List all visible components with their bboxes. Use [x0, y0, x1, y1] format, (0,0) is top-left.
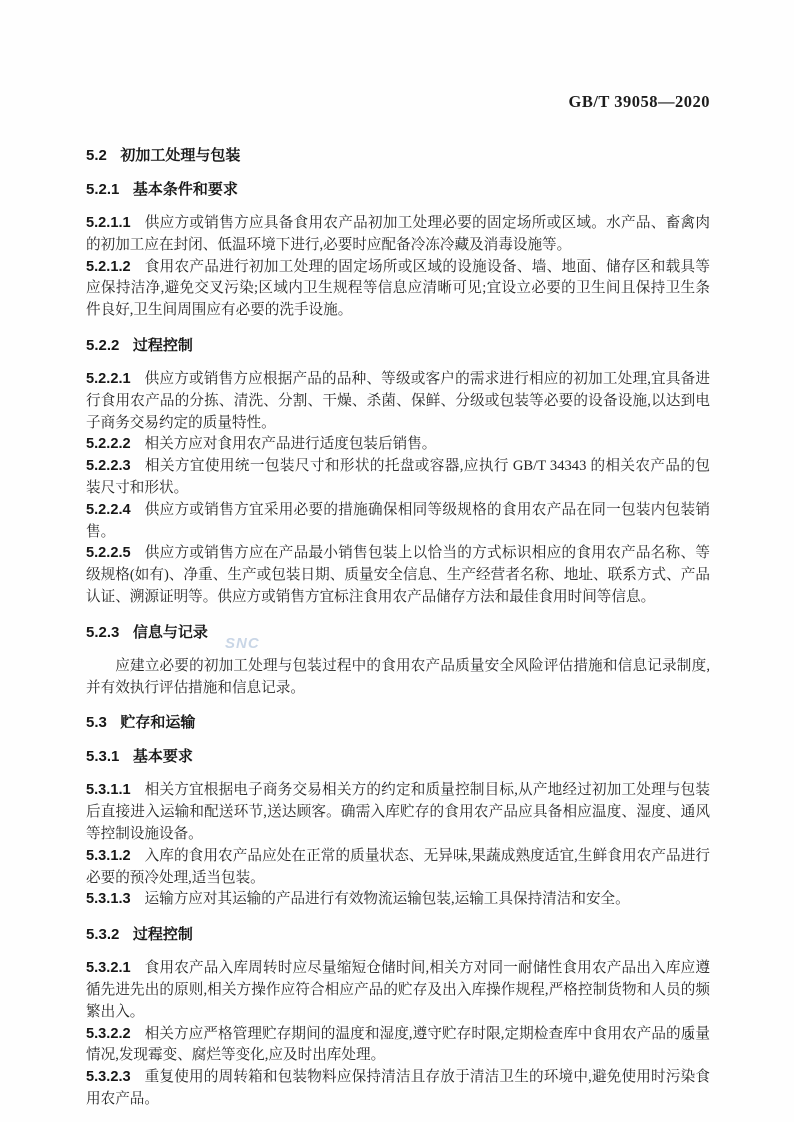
- clause-text: 相关方宜根据电子商务交易相关方的约定和质量控制目标,从产地经过初加工处理与包装后…: [86, 782, 710, 842]
- section-heading-5-3-1: 5.3.1基本要求: [86, 747, 710, 767]
- clause-number: 5.2.2.1: [86, 371, 131, 387]
- clause-number: 5.3.2.3: [86, 1069, 131, 1085]
- clause-number: 5.2.1.2: [86, 259, 131, 275]
- clause-5-2-2-1: 5.2.2.1供应方或销售方应根据产品的品种、等级或客户的需求进行相应的初加工处…: [86, 369, 710, 434]
- section-number: 5.2: [86, 147, 107, 164]
- page-content: 5.2初加工处理与包装 5.2.1基本条件和要求 5.2.1.1供应方或销售方应…: [86, 146, 710, 1111]
- section-title: 基本条件和要求: [133, 181, 238, 198]
- clause-5-3-2-2: 5.3.2.2相关方应严格管理贮存期间的温度和湿度,遵守贮存时限,定期检查库中食…: [86, 1024, 710, 1068]
- clause-number: 5.2.2.2: [86, 436, 131, 452]
- clause-text: 相关方宜使用统一包装尺寸和形状的托盘或容器,应执行 GB/T 34343 的相关…: [86, 458, 710, 496]
- section-number: 5.2.2: [86, 337, 119, 354]
- clause-text: 相关方应对食用农产品进行适度包装后销售。: [145, 436, 437, 452]
- clause-5-3-1-1: 5.3.1.1相关方宜根据电子商务交易相关方的约定和质量控制目标,从产地经过初加…: [86, 780, 710, 845]
- clause-5-2-2-5: 5.2.2.5供应方或销售方应在产品最小销售包装上以恰当的方式标识相应的食用农产…: [86, 543, 710, 608]
- section-number: 5.3.1: [86, 748, 119, 765]
- clause-text: 供应方或销售方宜采用必要的措施确保相同等级规格的食用农产品在同一包装内包装销售。: [86, 502, 710, 540]
- clause-text: 入库的食用农产品应处在正常的质量状态、无异味,果蔬成熟度适宜,生鲜食用农产品进行…: [86, 848, 710, 886]
- section-title: 过程控制: [133, 926, 193, 943]
- clause-5-2-2-2: 5.2.2.2相关方应对食用农产品进行适度包装后销售。: [86, 434, 710, 456]
- section-title: 过程控制: [133, 337, 193, 354]
- clause-5-3-1-3: 5.3.1.3运输方应对其运输的产品进行有效物流运输包装,运输工具保持清洁和安全…: [86, 889, 710, 911]
- clause-5-2-2-4: 5.2.2.4供应方或销售方宜采用必要的措施确保相同等级规格的食用农产品在同一包…: [86, 500, 710, 544]
- clause-5-2-2-3: 5.2.2.3相关方宜使用统一包装尺寸和形状的托盘或容器,应执行 GB/T 34…: [86, 456, 710, 500]
- section-number: 5.2.3: [86, 624, 119, 641]
- section-title: 初加工处理与包装: [120, 147, 240, 164]
- clause-number: 5.3.2.1: [86, 960, 131, 976]
- clause-number: 5.3.1.1: [86, 782, 131, 798]
- clause-text: 相关方应严格管理贮存期间的温度和湿度,遵守贮存时限,定期检查库中食用农产品的质量…: [86, 1026, 710, 1064]
- section-heading-5-2-1: 5.2.1基本条件和要求: [86, 180, 710, 200]
- clause-text: 运输方应对其运输的产品进行有效物流运输包装,运输工具保持清洁和安全。: [145, 891, 630, 907]
- paragraph-5-2-3: 应建立必要的初加工处理与包装过程中的食用农产品质量安全风险评估措施和信息记录制度…: [86, 656, 710, 700]
- section-heading-5-2: 5.2初加工处理与包装: [86, 146, 710, 166]
- section-title: 贮存和运输: [120, 714, 195, 731]
- section-number: 5.3: [86, 714, 107, 731]
- section-number: 5.3.2: [86, 926, 119, 943]
- clause-5-3-2-1: 5.3.2.1食用农产品入库周转时应尽量缩短仓储时间,相关方对同一耐储性食用农产…: [86, 958, 710, 1023]
- clause-number: 5.2.2.4: [86, 502, 131, 518]
- document-page: GB/T 39058—2020 5.2初加工处理与包装 5.2.1基本条件和要求…: [0, 0, 794, 1122]
- section-heading-5-3-2: 5.3.2过程控制: [86, 925, 710, 945]
- clause-5-3-1-2: 5.3.1.2入库的食用农产品应处在正常的质量状态、无异味,果蔬成熟度适宜,生鲜…: [86, 846, 710, 890]
- section-heading-5-3: 5.3贮存和运输: [86, 713, 710, 733]
- clause-number: 5.2.1.1: [86, 215, 131, 231]
- clause-number: 5.2.2.3: [86, 458, 131, 474]
- clause-5-2-1-1: 5.2.1.1供应方或销售方应具备食用农产品初加工处理必要的固定场所或区域。水产…: [86, 213, 710, 257]
- clause-text: 食用农产品进行初加工处理的固定场所或区域的设施设备、墙、地面、储存区和载具等应保…: [86, 259, 710, 319]
- clause-text: 供应方或销售方应在产品最小销售包装上以恰当的方式标识相应的食用农产品名称、等级规…: [86, 545, 710, 605]
- clause-number: 5.3.1.2: [86, 848, 131, 864]
- clause-text: 重复使用的周转箱和包装物料应保持清洁且存放于清洁卫生的环境中,避免使用时污染食用…: [86, 1069, 710, 1107]
- clause-number: 5.2.2.5: [86, 545, 131, 561]
- clause-5-3-2-3: 5.3.2.3重复使用的周转箱和包装物料应保持清洁且存放于清洁卫生的环境中,避免…: [86, 1067, 710, 1111]
- clause-5-2-1-2: 5.2.1.2食用农产品进行初加工处理的固定场所或区域的设施设备、墙、地面、储存…: [86, 257, 710, 322]
- clause-text: 供应方或销售方应根据产品的品种、等级或客户的需求进行相应的初加工处理,宜具备进行…: [86, 371, 710, 431]
- standard-number-header: GB/T 39058—2020: [86, 92, 710, 112]
- section-heading-5-2-2: 5.2.2过程控制: [86, 336, 710, 356]
- clause-text: 供应方或销售方应具备食用农产品初加工处理必要的固定场所或区域。水产品、畜禽肉的初…: [86, 215, 710, 253]
- clause-number: 5.3.1.3: [86, 891, 131, 907]
- section-number: 5.2.1: [86, 181, 119, 198]
- clause-number: 5.3.2.2: [86, 1026, 131, 1042]
- section-title: 信息与记录: [133, 624, 208, 641]
- section-title: 基本要求: [133, 748, 193, 765]
- section-heading-5-2-3: 5.2.3信息与记录: [86, 623, 710, 643]
- page-number: 3: [685, 1029, 692, 1045]
- clause-text: 食用农产品入库周转时应尽量缩短仓储时间,相关方对同一耐储性食用农产品出入库应遵循…: [86, 960, 710, 1020]
